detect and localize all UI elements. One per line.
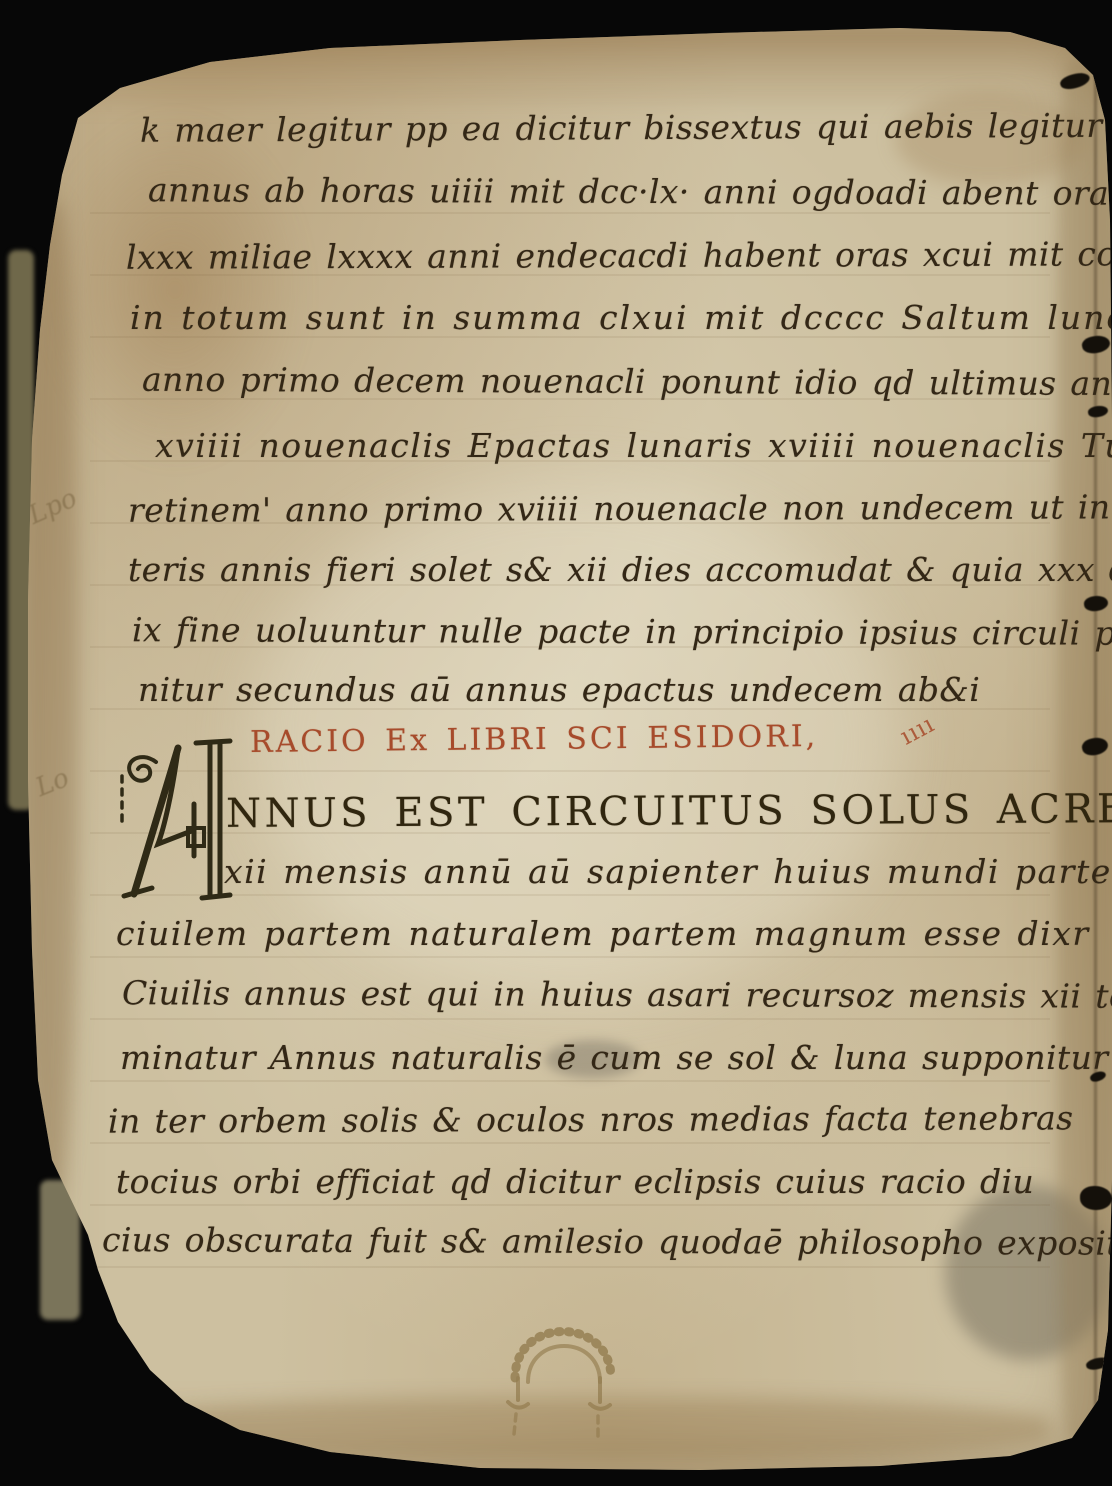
stitch-mark — [1087, 404, 1109, 418]
text-line: in ter orbem solis & oculos nros medias … — [108, 1098, 1074, 1140]
rubric-flourish: ıııı — [895, 709, 939, 750]
text-line: cius obscurata fuit s& amilesio quodaē p… — [102, 1220, 1112, 1263]
manuscript-photo: k maer legitur pp ea dicitur bissextus q… — [0, 0, 1112, 1486]
decorated-initial-a — [112, 732, 242, 917]
text-line: retinem' anno primo xviiii nouenacle non… — [128, 487, 1112, 530]
parchment-page: k maer legitur pp ea dicitur bissextus q… — [0, 0, 1112, 1486]
text-line: anno primo decem nouenacli ponunt idio q… — [142, 360, 1112, 403]
text-line: xviiii nouenaclis Epactas lunaris xviiii… — [155, 426, 1112, 465]
margin-note-lower: Lo — [32, 763, 74, 803]
rubric-title: RACIO Ex LIBRI SCI ESIDORI, — [250, 719, 818, 760]
margin-note-upper: Lpo — [24, 483, 81, 531]
text-line: ix fine uoluuntur nulle pacte in princip… — [132, 610, 1112, 653]
text-line: in totum sunt in summa clxui mit dcccc S… — [130, 298, 1112, 337]
stitch-mark — [1083, 594, 1109, 612]
stitch-mark — [1080, 1186, 1112, 1210]
text-line: ciuilem partem naturalem partem magnum e… — [116, 914, 1090, 953]
text-line: Ciuilis annus est qui in huius asari rec… — [122, 973, 1112, 1016]
arch-doodle — [488, 1282, 638, 1432]
text-line: k maer legitur pp ea dicitur bissextus q… — [140, 105, 1112, 150]
text-line: tocius orbi efficiat qd dicitur eclipsis… — [116, 1162, 1034, 1201]
stain-grey-bottom-right — [945, 1185, 1110, 1360]
stitch-mark — [1085, 1355, 1111, 1371]
text-line: minatur Annus naturalis ē cum se sol & l… — [120, 1038, 1108, 1077]
incipit-display-line: NNUS EST CIRCUITUS SOLUS ACREDITUS P — [226, 785, 1112, 837]
text-line: xii mensis annū aū sapienter huius mundi… — [224, 852, 1112, 891]
stain-top-band — [0, 26, 1112, 118]
text-line: annus ab horas uiiii mit dcc·lx· anni og… — [148, 170, 1112, 212]
text-line: nitur secundus aū annus epactus undecem … — [138, 670, 980, 709]
stitch-mark — [1059, 70, 1092, 92]
text-line: lxxx miliae lxxxx anni endecacdi habent … — [126, 234, 1112, 277]
stitch-mark — [1081, 735, 1110, 757]
stain-top-left-wash — [40, 110, 310, 470]
text-line: teris annis fieri solet s& xii dies acco… — [128, 550, 1112, 589]
